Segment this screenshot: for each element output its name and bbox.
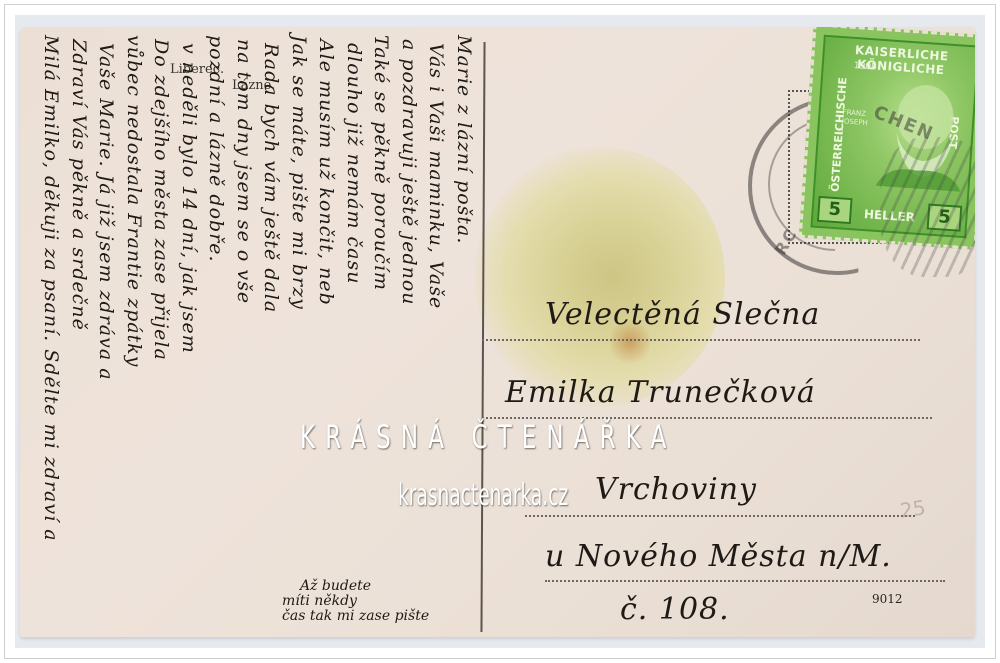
stamp-caption-line: JOSEPH <box>842 117 869 128</box>
address-line-1 <box>482 339 920 341</box>
address-line-3 <box>525 515 915 517</box>
postscript-line: Až budete <box>282 579 429 594</box>
address-name: Emilka Trunečková <box>505 375 816 410</box>
message-column: dlouho již nemám času <box>343 43 365 285</box>
message-column: vůbec nedostala Frantie zpátky <box>123 35 145 368</box>
printed-card-number: 9012 <box>872 592 903 606</box>
stamp-caption-line: I <box>841 126 868 137</box>
message-column: Také se pěkně poroučím <box>370 35 392 291</box>
stamp-value-left: 5 <box>817 196 853 224</box>
postscript-line: čas tak mi zase pište <box>282 609 429 624</box>
message-column: Jak se máte, pište mi brzy <box>288 35 310 310</box>
address-town: u Nového Města n/M. <box>545 539 892 574</box>
message-column: Zdraví Vás pěkně a srdečně <box>68 39 90 331</box>
message-column: Vaše Marie. Já již jsem zdráva a <box>95 43 117 381</box>
stamp-year: 1908 <box>853 61 877 73</box>
postscript: Až budete míti někdy čas tak mi zase piš… <box>282 579 429 624</box>
message-column: Milá Emilko, děkuji za psaní. Sdělte mi … <box>40 35 62 542</box>
postcard: Liberec. Lázně. Milá Emilko, děkuji za p… <box>20 27 975 637</box>
message-column: pozdní a lázně dobře. <box>205 35 227 263</box>
water-stain <box>475 147 725 407</box>
watermark-url: krasnactenarka.cz <box>398 478 568 513</box>
message-column: na tom dny jsem se o vše <box>233 39 255 304</box>
message-column: Rada bych vám ještě dala <box>260 43 282 313</box>
message-column: Marie z lázní pošta. <box>453 35 475 244</box>
message-column: a pozdravuji ještě jednou <box>398 39 420 306</box>
address-salutation: Velectěná Slečna <box>545 297 820 332</box>
address-village: Vrchoviny <box>595 472 757 507</box>
watermark-title: KRÁSNÁ ČTENÁŘKA <box>300 418 676 456</box>
address-house-number: č. 108. <box>620 592 730 627</box>
stamp-portrait-caption: FRANZ JOSEPH I <box>841 108 869 137</box>
message-column: Vás i Vaši maminku, Vaše <box>425 43 447 309</box>
pencil-annotation: 25 <box>898 495 927 522</box>
address-line-4 <box>545 580 945 582</box>
postmark-cancellation-lines <box>880 137 975 277</box>
message-column: v neděli bylo 14 dní, jak jsem <box>178 43 200 354</box>
message-column: Do zdejšího města zase přijela <box>150 39 172 361</box>
message-column: Ale musím už končit, neb <box>315 39 337 306</box>
postscript-line: míti někdy <box>282 594 429 609</box>
message-address-divider <box>480 42 485 632</box>
